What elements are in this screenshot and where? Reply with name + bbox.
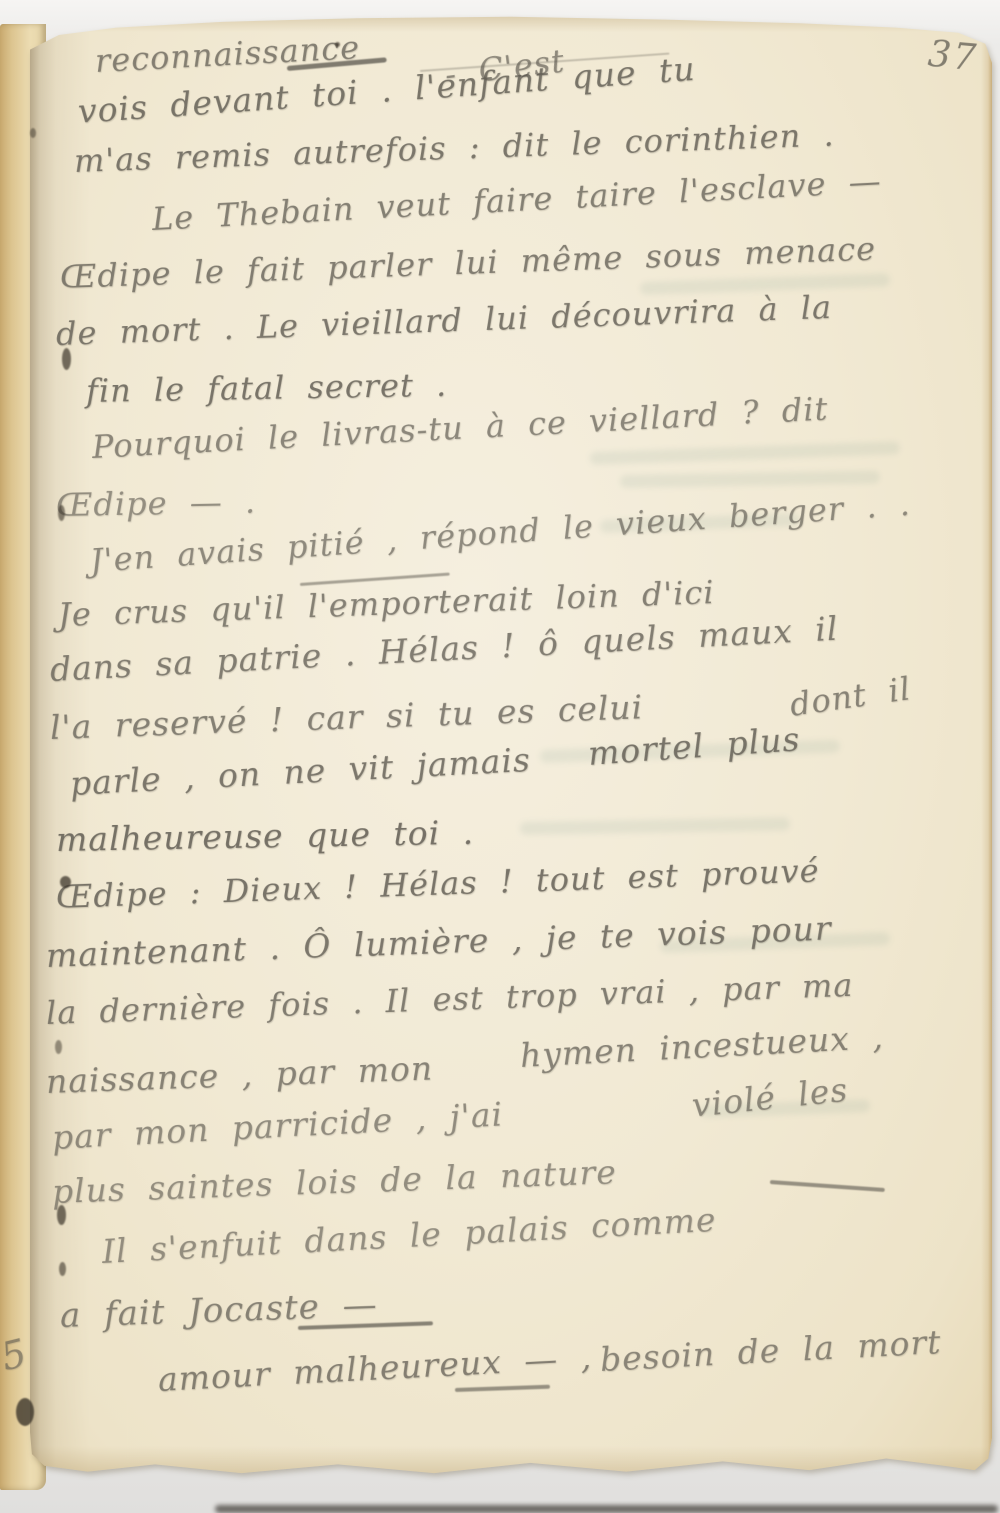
handwritten-line: Œdipe : Dieux ! Hélas ! tout est prouvé [55, 851, 820, 916]
handwritten-line: fin le fatal secret . [86, 366, 448, 410]
handwritten-line: de mort . Le vieillard lui découvrira à … [55, 288, 832, 353]
handwritten-line: malheureuse que toi . [56, 813, 475, 859]
binding-speck [60, 876, 71, 888]
handwritten-line: plus saintes lois de la nature [51, 1152, 617, 1211]
binding-speck [335, 42, 340, 47]
binding-speck [58, 505, 65, 521]
handwritten-line: dont il [787, 669, 913, 724]
binding-speck [57, 1205, 66, 1225]
handwritten-line: hymen incestueux , [519, 1017, 885, 1075]
handwritten-line: l'a reservé ! car si tu es celui [49, 687, 643, 747]
handwriting-layer: reconnaissance- C'estvois devant toi . l… [0, 0, 1000, 1513]
notebook-scan: 37 reconnaissance- C'estvois devant toi … [0, 0, 1000, 1513]
handwritten-line: 5 [0, 1331, 32, 1380]
handwritten-line: la dernière fois . Il est trop vrai , pa… [45, 966, 854, 1032]
binding-speck [55, 1040, 62, 1054]
handwritten-line: maintenant . Ô lumière , je te vois pour [45, 909, 832, 975]
binding-speck [30, 128, 36, 138]
next-page-shadow [215, 1505, 998, 1513]
handwritten-line: reconnaissance [94, 28, 361, 80]
handwritten-line: mortel plus [587, 719, 802, 773]
handwritten-line: Œdipe — . [56, 483, 257, 524]
ink-bleedthrough-ghost [590, 441, 900, 465]
handwritten-line: violé les [690, 1070, 850, 1125]
ink-bleedthrough-ghost [520, 817, 790, 835]
handwritten-line: besoin de la mort [599, 1322, 942, 1379]
handwritten-line: Il s'enfuit dans le palais comme [101, 1200, 717, 1271]
handwritten-line: parle , on ne vit jamais [69, 740, 532, 803]
pencil-stroke [455, 1385, 550, 1392]
handwritten-line: naissance , par mon [45, 1048, 433, 1100]
pencil-stroke [770, 1180, 885, 1192]
handwritten-line: par mon parricide , j'ai [51, 1094, 504, 1157]
binding-speck [62, 348, 71, 370]
handwritten-line: amour malheureux — , [157, 1337, 593, 1399]
binding-speck [16, 1398, 34, 1426]
binding-speck [59, 1262, 66, 1276]
ink-bleedthrough-ghost [620, 470, 880, 488]
